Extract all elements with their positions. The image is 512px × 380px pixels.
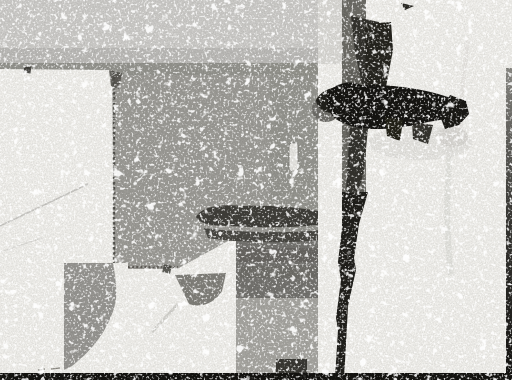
snowfall-overlay: [0, 0, 512, 380]
snowstorm-photograph: [0, 0, 512, 380]
photo-canvas: [0, 0, 512, 380]
big-flakes-layer: [0, 0, 512, 380]
